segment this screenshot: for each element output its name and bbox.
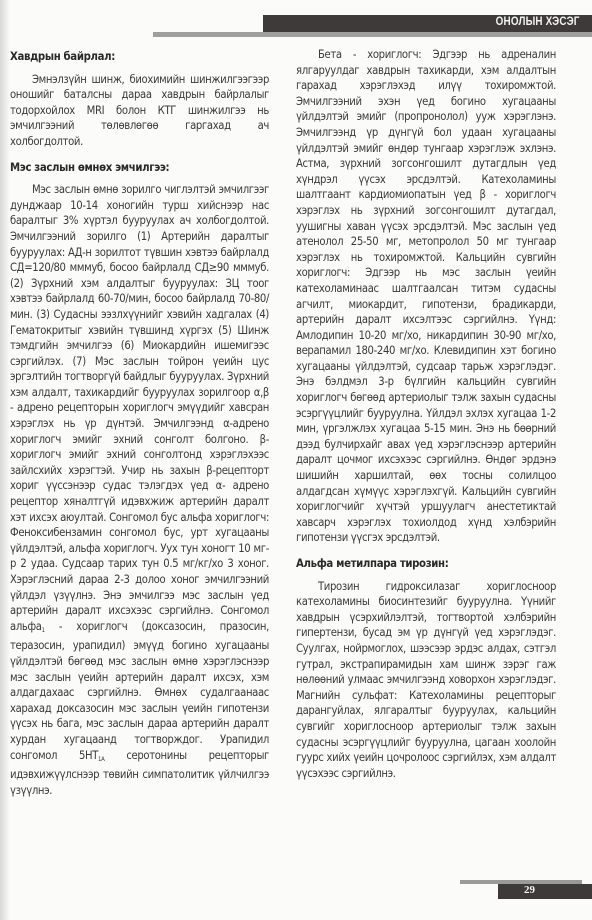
header-accent-rule xyxy=(153,32,592,37)
section-header-bar: ОНОЛЫН ХЭСЭГ xyxy=(263,15,592,32)
paragraph-alpha-methylparatyrosine: Тирозин гидроксилазаг хориглосноор катех… xyxy=(296,579,556,782)
page-number: 29 xyxy=(524,884,535,896)
paragraph-preoperative-treatment: Мэс заслын өмнө зорилго чиглэлтэй эмчилг… xyxy=(10,182,269,798)
heading-tumor-location: Хавдрын байрлал: xyxy=(10,49,269,65)
heading-preoperative-treatment: Мэс заслын өмнөх эмчилгээ: xyxy=(10,160,269,176)
paragraph-beta-blockers: Бета - хориглогч: Эдгээр нь адреналин ял… xyxy=(296,47,556,546)
paragraph-tumor-location: Эмнэлзүйн шинж, биохимийн шинжилгээгээр … xyxy=(10,72,269,150)
footer-page-bar: 29 xyxy=(498,884,592,899)
section-title: ОНОЛЫН ХЭСЭГ xyxy=(496,16,580,28)
left-column: Хавдрын байрлал: Эмнэлзүйн шинж, биохими… xyxy=(10,49,269,806)
page-gutter-shadow xyxy=(0,0,10,920)
heading-alpha-methylparatyrosine: Альфа метилпара тирозин: xyxy=(296,556,556,572)
right-column: Бета - хориглогч: Эдгээр нь адреналин ял… xyxy=(296,47,556,789)
